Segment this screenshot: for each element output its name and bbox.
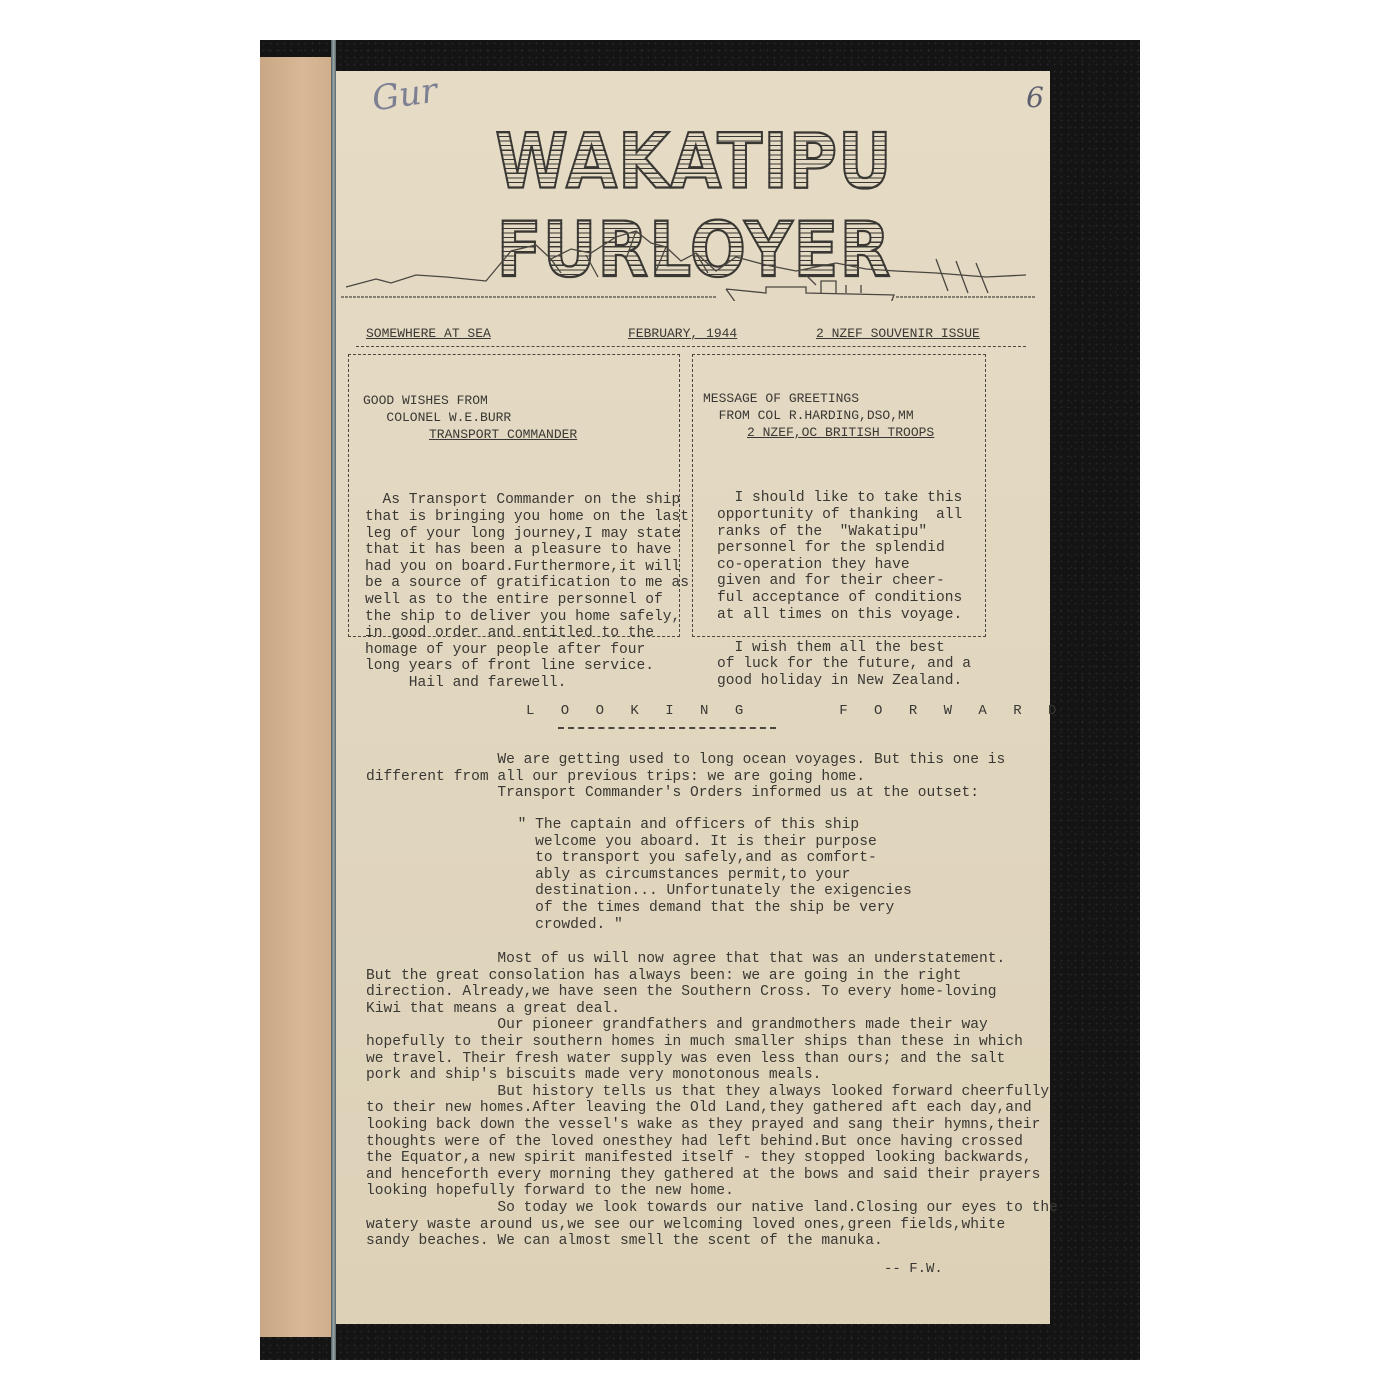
box-heading: MESSAGE OF GREETINGS FROM COL R.HARDING,… (693, 388, 985, 441)
article-body: Most of us will now agree that that was … (366, 951, 1026, 1250)
handwritten-annotation-left: Gur (370, 71, 440, 120)
article-title-rule (558, 727, 776, 729)
box-heading: GOOD WISHES FROM COLONEL W.E.BURRTRANSPO… (349, 388, 679, 443)
greeting-box-transport-commander: GOOD WISHES FROM COLONEL W.E.BURRTRANSPO… (348, 354, 680, 637)
dateline-date: FEBRUARY, 1944 (628, 326, 737, 341)
greeting-box-col-harding: MESSAGE OF GREETINGS FROM COL R.HARDING,… (692, 354, 986, 637)
box-heading-underlined: TRANSPORT COMMANDER (429, 427, 577, 442)
masthead: WAKATIPU FURLOYER (336, 129, 1050, 209)
box-heading-line: GOOD WISHES FROM (363, 392, 679, 409)
dateline-issue: 2 NZEF SOUVENIR ISSUE (816, 326, 980, 341)
box-heading-line: FROM COL R.HARDING,DSO,MM (703, 407, 985, 424)
binder-cover (260, 57, 332, 1337)
article-title: L O O K I N G F O R W A R D (526, 703, 1065, 719)
article-intro: We are getting used to long ocean voyage… (366, 752, 1026, 802)
newsletter-page: Gur 6 WAKATIPU FURLOYER SOMEWHERE AT SEA… (336, 71, 1050, 1324)
article-signoff: -- F.W. (884, 1261, 943, 1277)
box-body: As Transport Commander on the ship that … (349, 476, 679, 691)
box-heading-line: MESSAGE OF GREETINGS (703, 390, 985, 407)
mountains-ship-illustration (336, 201, 1050, 301)
box-heading-underlined: 2 NZEF,OC BRITISH TROOPS (747, 425, 934, 440)
box-heading-line: COLONEL W.E.BURR (363, 409, 679, 426)
box-body: I should like to take this opportunity o… (693, 474, 985, 689)
dateline-location: SOMEWHERE AT SEA (366, 326, 491, 341)
handwritten-page-number: 6 (1026, 81, 1044, 114)
dateline: SOMEWHERE AT SEA FEBRUARY, 1944 2 NZEF S… (356, 326, 1026, 347)
article-quote: " The captain and officers of this ship … (360, 817, 1020, 933)
